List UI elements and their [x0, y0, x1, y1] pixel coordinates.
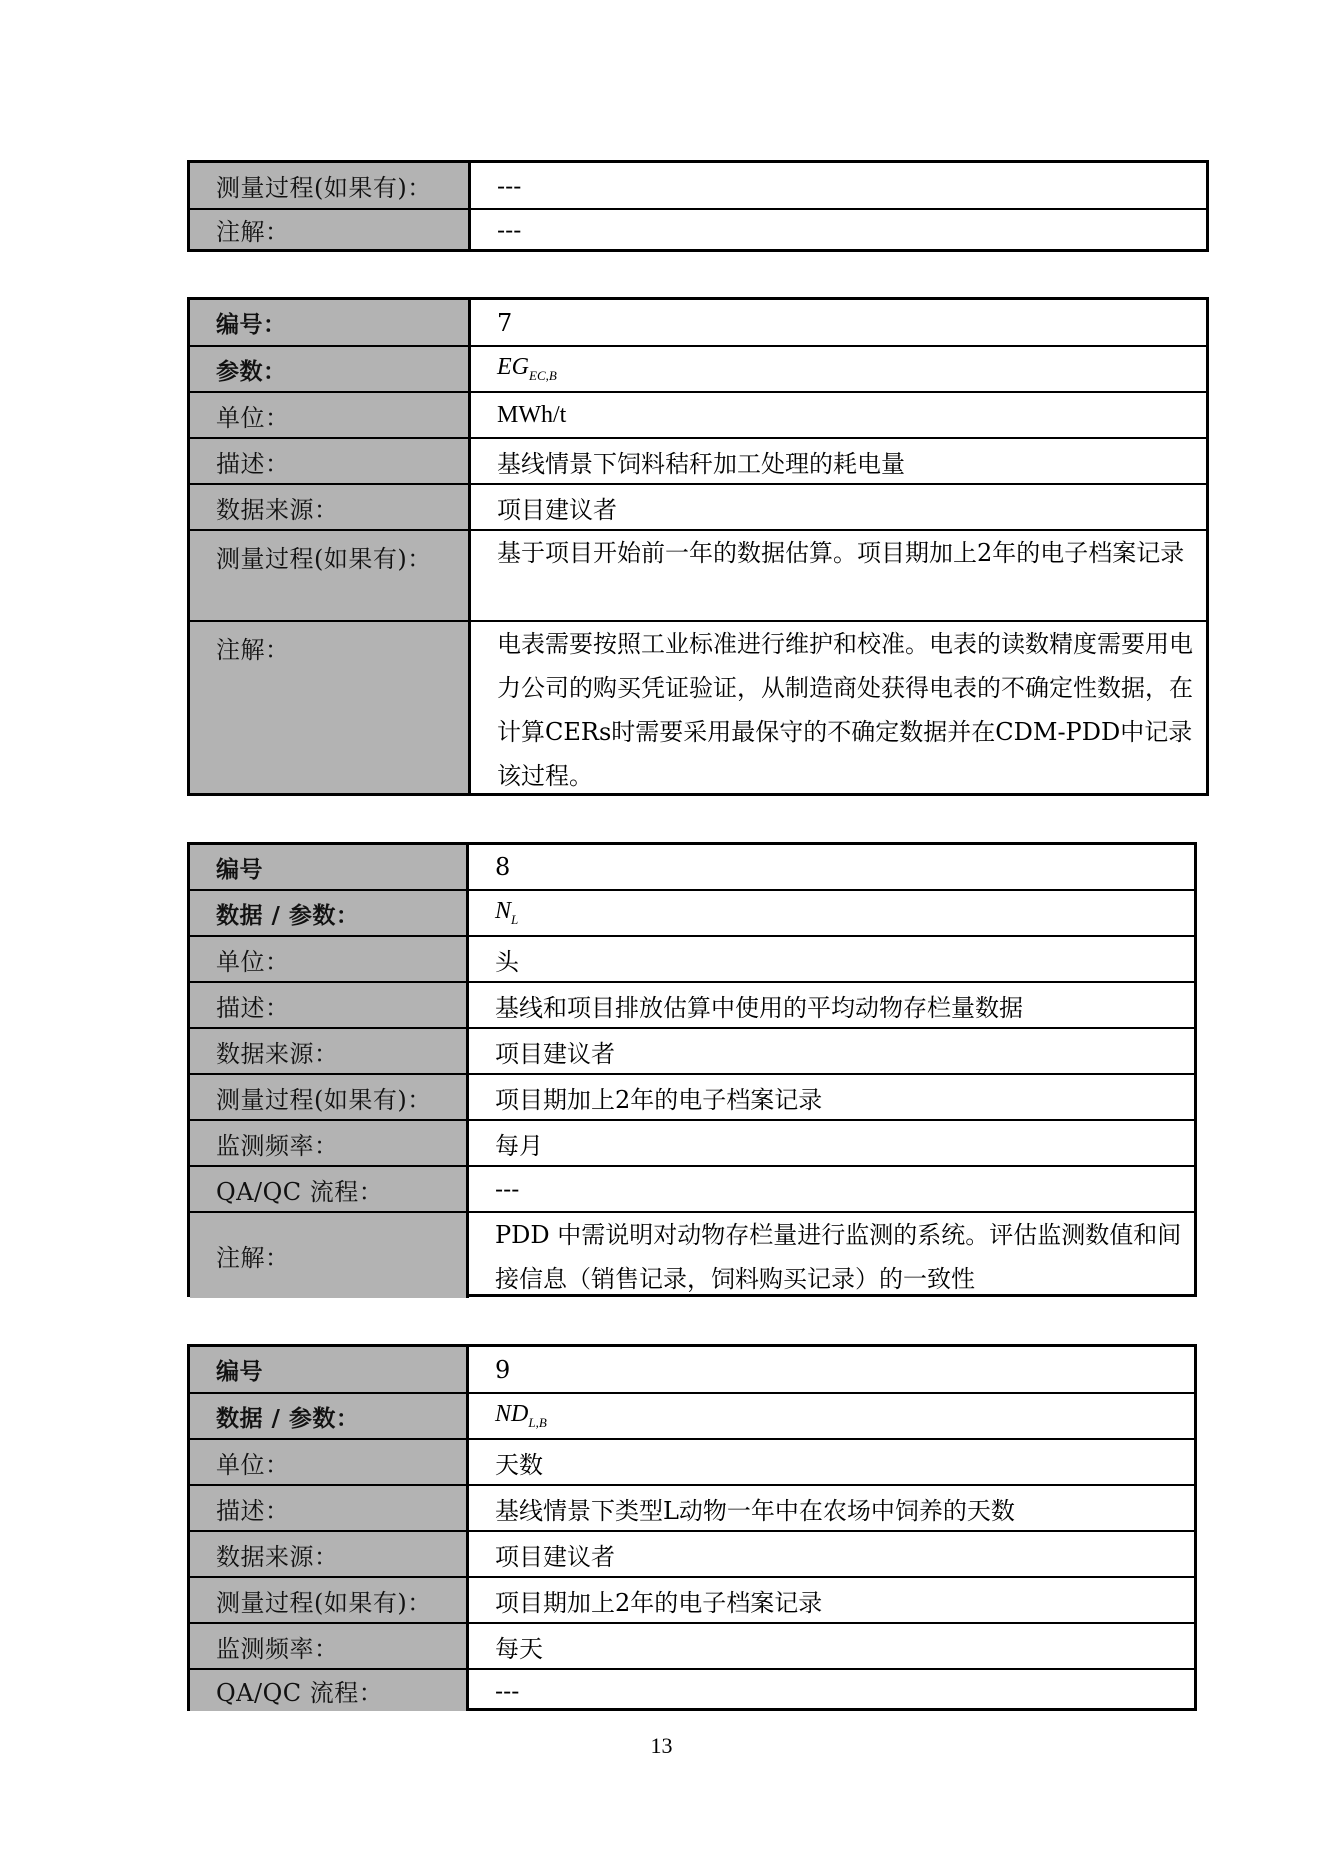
table-row: QA/QC 流程： ---	[190, 1668, 1194, 1711]
row-label: 单位：	[190, 937, 469, 981]
row-value: 基于项目开始前一年的数据估算。项目期加上2年的电子档案记录	[471, 531, 1206, 620]
row-value: NDL,B	[469, 1394, 1194, 1438]
table-row: 测量过程(如果有)： ---	[190, 163, 1206, 208]
table-row: 数据 / 参数： NL	[190, 889, 1194, 935]
table-row: 数据来源： 项目建议者	[190, 1027, 1194, 1073]
row-value: ---	[469, 1167, 1194, 1211]
row-value: 头	[469, 937, 1194, 981]
table-row: 描述： 基线情景下饲料秸秆加工处理的耗电量	[190, 437, 1206, 483]
table-row: 描述： 基线情景下类型L动物一年中在农场中饲养的天数	[190, 1484, 1194, 1530]
table-row: 注解： 电表需要按照工业标准进行维护和校准。电表的读数精度需要用电力公司的购买凭…	[190, 620, 1206, 793]
row-value: 项目建议者	[471, 485, 1206, 529]
parameter-table-6-continued: 测量过程(如果有)： --- 注解： ---	[187, 160, 1209, 252]
row-label: 注解：	[190, 210, 471, 249]
row-label: 注解：	[190, 622, 471, 793]
row-label: 测量过程(如果有)：	[190, 531, 471, 620]
table-row: 编号 9	[190, 1347, 1194, 1392]
row-label: 注解：	[190, 1213, 469, 1298]
row-label: 描述：	[190, 439, 471, 483]
row-value: 7	[471, 300, 1206, 345]
table-row: 单位： 天数	[190, 1438, 1194, 1484]
row-label: 编号	[190, 1347, 469, 1392]
row-label: 数据来源：	[190, 1029, 469, 1073]
table-row: 监测频率： 每天	[190, 1622, 1194, 1668]
table-row: 数据来源： 项目建议者	[190, 1530, 1194, 1576]
row-value: ---	[469, 1670, 1194, 1711]
parameter-symbol: EGEC,B	[497, 354, 557, 384]
row-value: MWh/t	[471, 393, 1206, 437]
row-value: 天数	[469, 1440, 1194, 1484]
table-row: 编号： 7	[190, 300, 1206, 345]
row-label: 编号：	[190, 300, 471, 345]
row-value: 电表需要按照工业标准进行维护和校准。电表的读数精度需要用电力公司的购买凭证验证，…	[471, 622, 1206, 793]
row-value: ---	[471, 163, 1206, 208]
row-label: 测量过程(如果有)：	[190, 1578, 469, 1622]
table-row: 测量过程(如果有)： 项目期加上2年的电子档案记录	[190, 1073, 1194, 1119]
row-label: 单位：	[190, 1440, 469, 1484]
row-label: 测量过程(如果有)：	[190, 1075, 469, 1119]
row-value: 项目建议者	[469, 1029, 1194, 1073]
row-label: 数据 / 参数：	[190, 891, 469, 935]
row-label: 数据来源：	[190, 1532, 469, 1576]
row-value: ---	[471, 210, 1206, 249]
parameter-symbol: NDL,B	[495, 1401, 547, 1431]
row-label: 监测频率：	[190, 1624, 469, 1668]
row-value: PDD 中需说明对动物存栏量进行监测的系统。评估监测数值和间接信息（销售记录，饲…	[469, 1213, 1194, 1298]
row-value: 基线情景下类型L动物一年中在农场中饲养的天数	[469, 1486, 1194, 1530]
row-label: QA/QC 流程：	[190, 1670, 469, 1711]
parameter-table-7: 编号： 7 参数： EGEC,B 单位： MWh/t 描述： 基线情景下饲料秸秆…	[187, 297, 1209, 796]
row-label: 描述：	[190, 983, 469, 1027]
table-row: 单位： 头	[190, 935, 1194, 981]
table-row: 注解： ---	[190, 208, 1206, 249]
row-label: 单位：	[190, 393, 471, 437]
row-label: 数据 / 参数：	[190, 1394, 469, 1438]
table-row: 监测频率： 每月	[190, 1119, 1194, 1165]
table-row: QA/QC 流程： ---	[190, 1165, 1194, 1211]
page-number: 13	[0, 1733, 1323, 1759]
parameter-table-9: 编号 9 数据 / 参数： NDL,B 单位： 天数 描述： 基线情景下类型L动…	[187, 1344, 1197, 1711]
table-row: 测量过程(如果有)： 基于项目开始前一年的数据估算。项目期加上2年的电子档案记录	[190, 529, 1206, 620]
parameter-table-8: 编号 8 数据 / 参数： NL 单位： 头 描述： 基线和项目排放估算中使用的…	[187, 842, 1197, 1297]
row-value: 9	[469, 1347, 1194, 1392]
table-row: 数据来源： 项目建议者	[190, 483, 1206, 529]
row-label: 监测频率：	[190, 1121, 469, 1165]
row-value: 项目期加上2年的电子档案记录	[469, 1578, 1194, 1622]
row-value: 项目期加上2年的电子档案记录	[469, 1075, 1194, 1119]
row-value: 基线情景下饲料秸秆加工处理的耗电量	[471, 439, 1206, 483]
row-label: 编号	[190, 845, 469, 889]
row-label: 参数：	[190, 347, 471, 391]
table-row: 测量过程(如果有)： 项目期加上2年的电子档案记录	[190, 1576, 1194, 1622]
row-label: 描述：	[190, 1486, 469, 1530]
row-label: 测量过程(如果有)：	[190, 163, 471, 208]
table-row: 单位： MWh/t	[190, 391, 1206, 437]
row-value: 每月	[469, 1121, 1194, 1165]
row-label: QA/QC 流程：	[190, 1167, 469, 1211]
parameter-symbol: NL	[495, 898, 518, 928]
row-value: 8	[469, 845, 1194, 889]
row-value: NL	[469, 891, 1194, 935]
row-value: 每天	[469, 1624, 1194, 1668]
row-label: 数据来源：	[190, 485, 471, 529]
table-row: 注解： PDD 中需说明对动物存栏量进行监测的系统。评估监测数值和间接信息（销售…	[190, 1211, 1194, 1298]
table-row: 描述： 基线和项目排放估算中使用的平均动物存栏量数据	[190, 981, 1194, 1027]
table-row: 编号 8	[190, 845, 1194, 889]
row-value: 项目建议者	[469, 1532, 1194, 1576]
row-value: 基线和项目排放估算中使用的平均动物存栏量数据	[469, 983, 1194, 1027]
table-row: 参数： EGEC,B	[190, 345, 1206, 391]
row-value: EGEC,B	[471, 347, 1206, 391]
table-row: 数据 / 参数： NDL,B	[190, 1392, 1194, 1438]
